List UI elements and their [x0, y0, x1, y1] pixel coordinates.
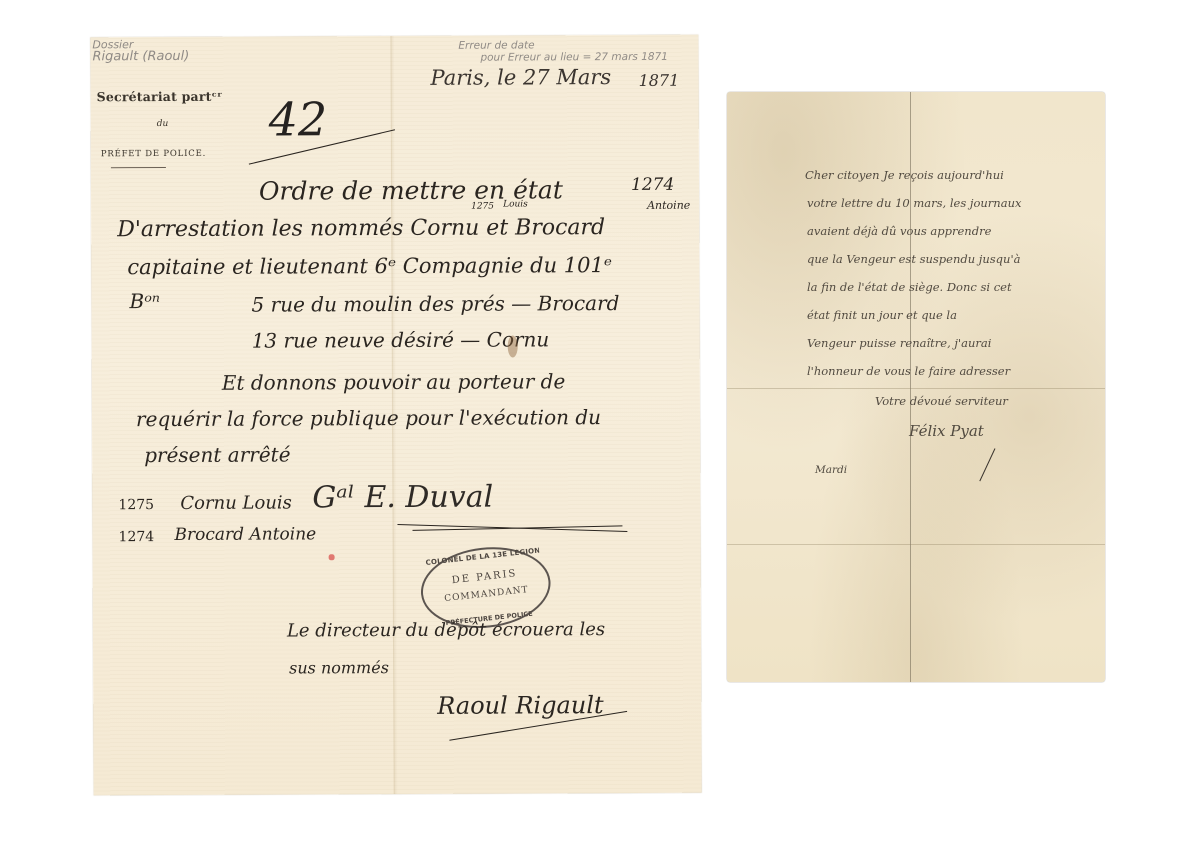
margin-list-name: Cornu Louis	[180, 492, 292, 513]
order-line-8: présent arrêté	[144, 442, 290, 467]
order-line-3: capitaine et lieutenant 6ᵉ Compagnie du …	[127, 253, 612, 279]
footer-day: Mardi	[815, 464, 847, 476]
letterhead-du: du	[157, 119, 169, 129]
dateline-place-date: Paris, le 27 Mars	[430, 65, 611, 90]
letterhead-underline	[111, 167, 166, 168]
pencil-line: Rigault (Raoul)	[92, 51, 189, 63]
interlinear-name-louis: Louis	[503, 199, 528, 209]
stamp-ring-top: COLONEL DE LA 13E LÉGION DE LA G.ᴰᴱ Nᴱ	[425, 547, 539, 567]
order-line-7: requérir la force publique pour l'exécut…	[136, 405, 601, 431]
margin-list-number: 1274	[118, 529, 154, 545]
letter-closing: Votre dévoué serviteur	[875, 394, 1008, 408]
signature-stroke	[979, 448, 995, 481]
paper-fold-line	[727, 544, 1105, 545]
letter-line-5: la fin de l'état de siège. Donc si cet	[807, 280, 1012, 294]
order-line-6: Et donnons pouvoir au porteur de	[222, 369, 566, 394]
margin-list-number: 1275	[118, 497, 154, 513]
felix-pyat-letter-document: Cher citoyen Je reçois aujourd'hui votre…	[727, 92, 1105, 682]
pencil-annotation-date-error: Erreur de date pour Erreur au lieu = 27 …	[458, 39, 668, 64]
footer-note-line-2: sus nommés	[289, 658, 389, 677]
letter-line-2: votre lettre du 10 mars, les journaux	[807, 196, 1021, 210]
footer-note-line-1: Le directeur du dépôt écrouera les	[287, 619, 605, 641]
letter-line-7: Vengeur puisse renaître, j'aurai	[807, 336, 991, 350]
order-line-5-address-cornu: 13 rue neuve désiré — Cornu	[252, 327, 550, 352]
letterhead-secretariat: Secrétariat partᶜʳ	[97, 89, 223, 105]
pencil-line: pour Erreur au lieu = 27 mars 1871	[458, 51, 668, 64]
signature-general-duval: Gᵃˡ E. Duval	[312, 480, 493, 516]
signature-raoul-rigault: Raoul Rigault	[437, 691, 603, 720]
margin-bataillon: Bᵒⁿ	[129, 289, 160, 313]
letter-line-8: l'honneur de vous le faire adresser	[807, 364, 1010, 378]
pencil-annotation-dossier: Dossier Rigault (Raoul)	[92, 39, 189, 63]
red-wax-mark	[329, 554, 335, 560]
letterhead-prefet-de-police: PRÉFET DE POLICE.	[101, 149, 206, 159]
margin-name-list: 1275 Cornu Louis 1274 Brocard Antoine	[90, 35, 698, 38]
margin-name-antoine: Antoine	[647, 199, 690, 212]
signature-felix-pyat: Félix Pyat	[909, 422, 984, 440]
police-arrest-order-document: Dossier Rigault (Raoul) Secrétariat part…	[90, 35, 701, 796]
order-line-4-address-brocard: 5 rue du moulin des prés — Brocard	[251, 291, 619, 317]
interlinear-number-1275: 1275	[471, 202, 494, 212]
order-line-2: D'arrestation les nommés Cornu et Brocar…	[117, 215, 605, 242]
letter-line-4: que la Vengeur est suspendu jusqu'à	[807, 252, 1020, 266]
margin-number-1274: 1274	[631, 175, 674, 195]
ink-stain	[508, 335, 518, 357]
paper-fold-line	[727, 388, 1105, 389]
document-number: 42	[269, 92, 328, 146]
margin-list-name: Brocard Antoine	[174, 524, 316, 545]
letter-line-6: état finit un jour et que la	[807, 308, 957, 322]
letter-line-1: Cher citoyen Je reçois aujourd'hui	[805, 168, 1004, 182]
pencil-line: Erreur de date	[458, 39, 668, 52]
letter-line-3: avaient déjà dû vous apprendre	[807, 224, 991, 238]
dateline-year: 1871	[639, 71, 680, 90]
